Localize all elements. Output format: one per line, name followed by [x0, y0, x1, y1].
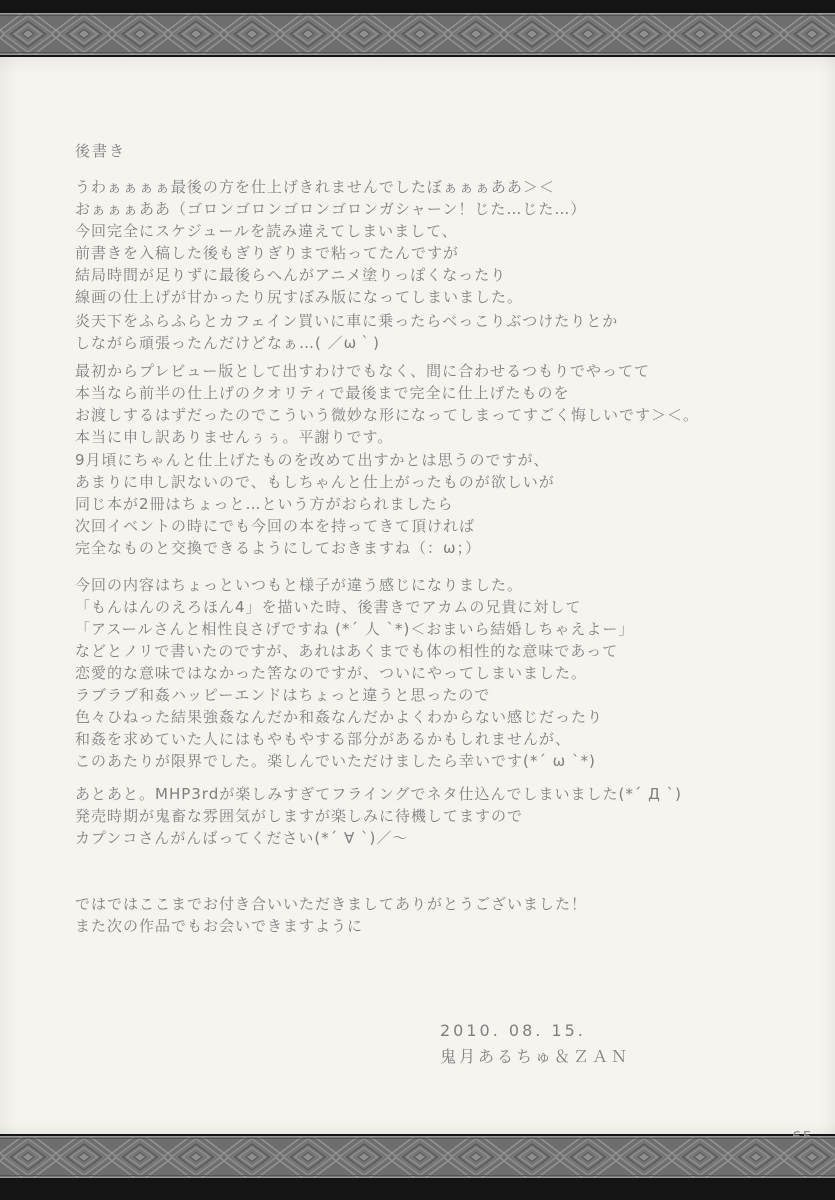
paragraph-mhp3rd: あとあと。MHP3rdが楽しみすぎてフライングでネタ仕込んでしまいました(*´ …: [75, 783, 815, 849]
scanned-afterword-page: { "document": { "title": "後書き", "paragra…: [0, 0, 835, 1200]
text-line: 次回イベントの時にでも今回の本を持ってきて頂ければ: [75, 515, 815, 537]
text-line: おぁぁぁああ（ゴロンゴロンゴロンゴロンガシャーン！じた…じた…）: [75, 198, 815, 220]
text-line: 「アスールさんと相性良さげですね (*´ 人 `*)＜おまいら結婚しちゃえよー」: [75, 618, 815, 640]
text-line: 炎天下をふらふらとカフェイン買いに車に乗ったらべっこりぶつけたりとか: [75, 310, 815, 332]
paragraph-caffeine: 炎天下をふらふらとカフェイン買いに車に乗ったらべっこりぶつけたりとかしながら頑張…: [75, 310, 815, 354]
text-line: 「もんはんのえろほん4」を描いた時、後書きでアカムの兄貴に対して: [75, 596, 815, 618]
text-line: 今回完全にスケジュールを読み違えてしまいまして、: [75, 220, 815, 242]
text-line: 本当なら前半の仕上げのクオリティで最後まで完全に仕上げたものを: [75, 382, 815, 404]
text-line: お渡しするはずだったのでこういう微妙な形になってしまってすごく悔しいです＞＜。: [75, 404, 815, 426]
text-line: 前書きを入稿した後もぎりぎりまで粘ってたんですが: [75, 242, 815, 264]
signature-authors: 鬼月あるちゅ＆ＺＡＮ: [440, 1044, 630, 1070]
text-line: 色々ひねった結果強姦なんだか和姦なんだかよくわからない感じだったり: [75, 706, 815, 728]
afterword-title: 後書き: [75, 140, 126, 162]
text-line: 和姦を求めていた人にはもやもやする部分があるかもしれませんが、: [75, 728, 815, 750]
text-line: 発売時期が鬼畜な雰囲気がしますが楽しみに待機してますので: [75, 805, 815, 827]
text-line: カプンコさんがんばってください(*´ ∀ `)／～: [75, 827, 815, 849]
paragraph-closing: ではではここまでお付き合いいただきましてありがとうございました！また次の作品でも…: [75, 893, 815, 937]
text-line: 今回の内容はちょっといつもと様子が違う感じになりました。: [75, 574, 815, 596]
paragraph-content-note: 今回の内容はちょっといつもと様子が違う感じになりました。「もんはんのえろほん4」…: [75, 574, 815, 684]
top-black-strip: [0, 0, 835, 13]
bottom-argyle-border: [0, 1136, 835, 1178]
text-line: 完全なものと交換できるようにしておきますね（：ω；）: [75, 537, 815, 559]
text-line: しながら頑張ったんだけどなぁ…( ／ω｀): [75, 332, 815, 354]
paragraph-story-tone: ラブラブ和姦ハッピーエンドはちょっと違うと思ったので色々ひねった結果強姦なんだか…: [75, 684, 815, 772]
document-page: 後書き うわぁぁぁぁ最後の方を仕上げきれませんでしたぼぁぁぁああ＞＜おぁぁぁああ…: [0, 57, 835, 1134]
text-line: 恋愛的な意味ではなかった筈なのですが、ついにやってしまいました。: [75, 662, 815, 684]
text-line: あまりに申し訳ないので、もしちゃんと仕上がったものが欲しいが: [75, 471, 815, 493]
text-line: 本当に申し訳ありませんぅぅ。平謝りです。: [75, 426, 815, 448]
text-line: 9月頃にちゃんと仕上げたものを改めて出すかとは思うのですが、: [75, 449, 815, 471]
text-line: ラブラブ和姦ハッピーエンドはちょっと違うと思ったので: [75, 684, 815, 706]
text-line: などとノリで書いたのですが、あれはあくまでも体の相性的な意味であって: [75, 640, 815, 662]
text-line: 同じ本が2冊はちょっと…という方がおられましたら: [75, 493, 815, 515]
text-line: 最初からプレビュー版として出すわけでもなく、間に合わせるつもりでやってて: [75, 360, 815, 382]
text-line: うわぁぁぁぁ最後の方を仕上げきれませんでしたぼぁぁぁああ＞＜: [75, 176, 815, 198]
bottom-black-strip: [0, 1178, 835, 1200]
signature-block: 2010. 08. 15. 鬼月あるちゅ＆ＺＡＮ: [440, 1018, 630, 1070]
paragraph-apology: 最初からプレビュー版として出すわけでもなく、間に合わせるつもりでやってて本当なら…: [75, 360, 815, 448]
text-line: 線画の仕上げが甘かったり尻すぼみ版になってしまいました。: [75, 286, 815, 308]
text-line: ではではここまでお付き合いいただきましてありがとうございました！: [75, 893, 815, 915]
text-line: あとあと。MHP3rdが楽しみすぎてフライングでネタ仕込んでしまいました(*´ …: [75, 783, 815, 805]
text-line: このあたりが限界でした。楽しんでいただけましたら幸いです(*´ ω `*): [75, 750, 815, 772]
text-line: 結局時間が足りずに最後らへんがアニメ塗りっぽくなったり: [75, 264, 815, 286]
paragraph-intro: うわぁぁぁぁ最後の方を仕上げきれませんでしたぼぁぁぁああ＞＜おぁぁぁああ（ゴロン…: [75, 176, 815, 308]
paragraph-exchange-offer: 9月頃にちゃんと仕上げたものを改めて出すかとは思うのですが、あまりに申し訳ないの…: [75, 449, 815, 559]
signature-date: 2010. 08. 15.: [440, 1018, 630, 1044]
top-argyle-border: [0, 13, 835, 55]
text-line: また次の作品でもお会いできますように: [75, 915, 815, 937]
